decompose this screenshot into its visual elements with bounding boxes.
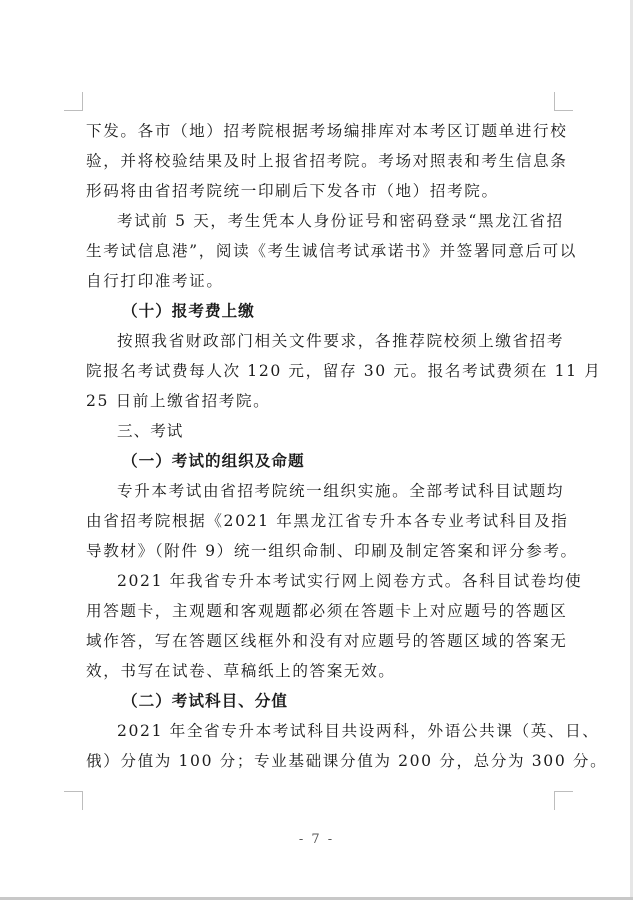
margin-corner-mark-bottom-left — [64, 791, 83, 810]
section-heading-fee: （十）报考费上缴 — [86, 296, 554, 326]
text-line: 用答题卡，主观题和客观题都必须在答题卡上对应题号的答题区 — [86, 596, 554, 626]
text-line: 下发。各市（地）招考院根据考场编排库对本考区订题单进行校 — [86, 116, 554, 146]
paragraph-start: 按照我省财政部门相关文件要求，各推荐院校须上缴省招考 — [86, 326, 554, 356]
text-line: 验，并将校验结果及时上报省招考院。考场对照表和考生信息条 — [86, 146, 554, 176]
paragraph-start: 考试前 5 天，考生凭本人身份证号和密码登录“黑龙江省招 — [86, 206, 554, 236]
text-line: 导教材》（附件 9）统一组织命制、印刷及制定答案和评分参考。 — [86, 536, 554, 566]
text-line: 自行打印准考证。 — [86, 266, 554, 296]
text-line: 效，书写在试卷、草稿纸上的答案无效。 — [86, 656, 554, 686]
margin-corner-mark-top-left — [64, 92, 83, 111]
paragraph-start: 专升本考试由省招考院统一组织实施。全部考试科目试题均 — [86, 476, 554, 506]
text-line: 院报名考试费每人次 120 元，留存 30 元。报名考试费须在 11 月 — [86, 356, 554, 386]
page-number: - 7 - — [0, 832, 633, 847]
margin-corner-mark-bottom-right — [554, 791, 573, 810]
text-line: 俄）分值为 100 分；专业基础课分值为 200 分，总分为 300 分。 — [86, 746, 554, 776]
paragraph-start: 2021 年全省专升本考试科目共设两科，外语公共课（英、日、 — [86, 716, 554, 746]
chapter-heading-exam: 三、考试 — [86, 416, 554, 446]
paragraph-start: 2021 年我省专升本考试实行网上阅卷方式。各科目试卷均使 — [86, 566, 554, 596]
section-heading-organization: （一）考试的组织及命题 — [86, 446, 554, 476]
document-page: 下发。各市（地）招考院根据考场编排库对本考区订题单进行校 验，并将校验结果及时上… — [0, 0, 633, 900]
text-line: 25 日前上缴省招考院。 — [86, 386, 554, 416]
text-line: 由省招考院根据《2021 年黑龙江省专升本各专业考试科目及指 — [86, 506, 554, 536]
margin-corner-mark-top-right — [554, 92, 573, 111]
text-line: 形码将由省招考院统一印刷后下发各市（地）招考院。 — [86, 176, 554, 206]
text-line: 生考试信息港”，阅读《考生诚信考试承诺书》并签署同意后可以 — [86, 236, 554, 266]
section-heading-subjects: （二）考试科目、分值 — [86, 686, 554, 716]
document-body: 下发。各市（地）招考院根据考场编排库对本考区订题单进行校 验，并将校验结果及时上… — [86, 116, 554, 776]
text-line: 域作答，写在答题区线框外和没有对应题号的答题区域的答案无 — [86, 626, 554, 656]
